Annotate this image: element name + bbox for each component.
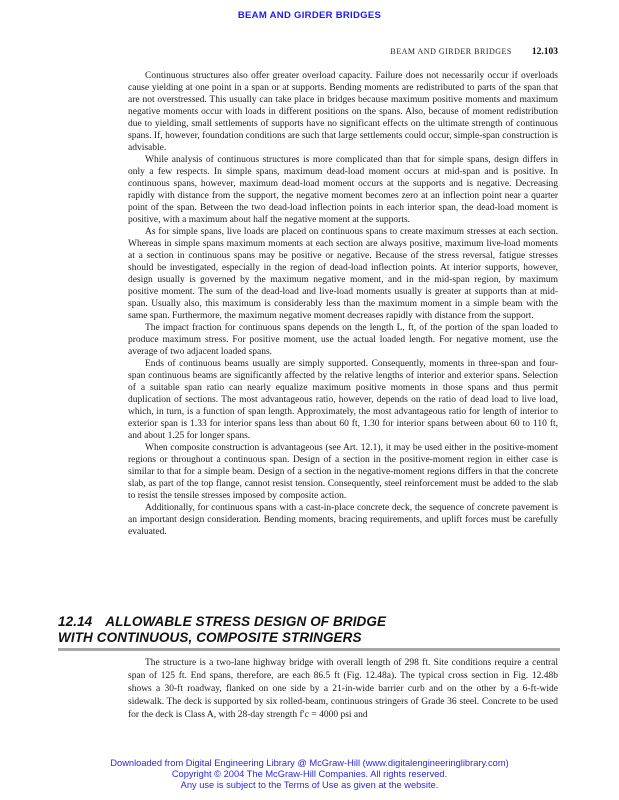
- section-title-line1: ALLOWABLE STRESS DESIGN OF BRIDGE: [105, 614, 386, 629]
- body-paragraph: While analysis of continuous structures …: [128, 154, 558, 226]
- body-paragraph: The impact fraction for continuous spans…: [128, 322, 558, 358]
- section-title-line2: WITH CONTINUOUS, COMPOSITE STRINGERS: [58, 630, 560, 646]
- section-heading-line1: 12.14ALLOWABLE STRESS DESIGN OF BRIDGE: [58, 614, 560, 630]
- section-heading: 12.14ALLOWABLE STRESS DESIGN OF BRIDGE W…: [58, 614, 560, 646]
- page-number: 12.103: [532, 47, 558, 57]
- footer-line-copyright: Copyright © 2004 The McGraw-Hill Compani…: [0, 769, 619, 780]
- section-paragraph: The structure is a two-lane highway brid…: [128, 657, 558, 722]
- body-paragraph: As for simple spans, live loads are plac…: [128, 226, 558, 322]
- document-page: BEAM AND GIRDER BRIDGES BEAM AND GIRDER …: [0, 0, 619, 800]
- section-divider-rule: [58, 648, 560, 651]
- body-paragraph: When composite construction is advantage…: [128, 442, 558, 502]
- body-paragraph: Additionally, for continuous spans with …: [128, 502, 558, 538]
- running-head-title: BEAM AND GIRDER BRIDGES: [390, 47, 512, 56]
- footer-line-download: Downloaded from Digital Engineering Libr…: [0, 758, 619, 769]
- running-head: BEAM AND GIRDER BRIDGES 12.103: [128, 41, 558, 59]
- body-paragraph: Ends of continuous beams usually are sim…: [128, 358, 558, 442]
- body-text: Continuous structures also offer greater…: [128, 70, 558, 538]
- section-body-text: The structure is a two-lane highway brid…: [128, 657, 558, 722]
- body-paragraph: Continuous structures also offer greater…: [128, 70, 558, 154]
- footer-line-terms: Any use is subject to the Terms of Use a…: [0, 780, 619, 791]
- section-number: 12.14: [58, 614, 92, 629]
- footer-notice: Downloaded from Digital Engineering Libr…: [0, 758, 619, 791]
- library-chapter-header: BEAM AND GIRDER BRIDGES: [0, 10, 619, 21]
